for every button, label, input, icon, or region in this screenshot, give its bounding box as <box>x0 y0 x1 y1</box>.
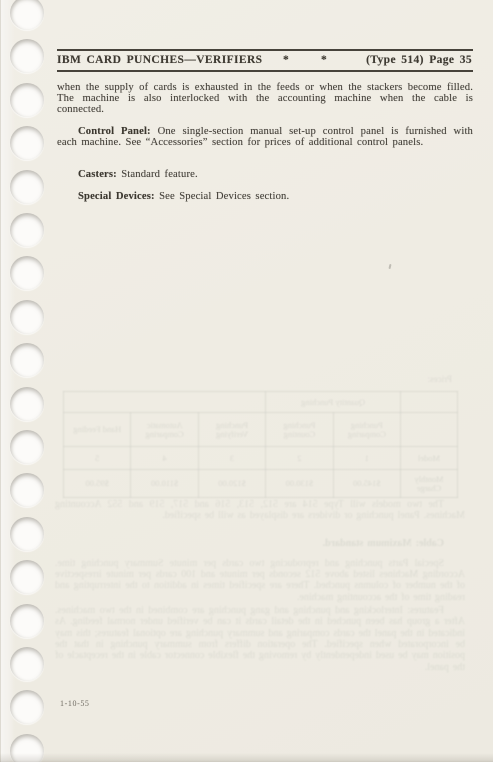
paragraph-interlock: when the supply of cards is exhausted in… <box>57 82 473 116</box>
footer-date-code: 1-10-55 <box>60 699 90 708</box>
special-devices-text: See Special Devices section. <box>159 191 289 202</box>
bleed-span-header: Quantity Punching <box>266 392 401 413</box>
bleed-cell: 5 <box>64 447 131 470</box>
bleed-cell-empty <box>401 413 458 447</box>
header-title: IBM CARD PUNCHES—VERIFIERS <box>57 54 262 66</box>
bleedthrough-table: Quantity Punching Punching Comparing Pun… <box>63 391 458 498</box>
binding-hole <box>10 39 44 73</box>
control-panel-label: Control Panel: <box>78 126 151 137</box>
bleed-row-label: Model <box>401 447 458 470</box>
bleed-col-header: Punching Comparing <box>333 413 400 447</box>
bleed-paragraph: Features: Interlocking and punching and … <box>55 605 465 673</box>
bleed-paragraph: Special Parts punching and reproducing t… <box>55 558 465 603</box>
bleed-cell: 3 <box>198 447 265 470</box>
bleed-cell: 1 <box>333 447 400 470</box>
bleed-cell-empty <box>401 392 458 413</box>
paragraph-control-panel: Control Panel: One single-section manual… <box>57 126 473 148</box>
bleedthrough-paragraphs: The two models will Type 514 are 512, 51… <box>55 499 465 673</box>
binding-hole <box>10 343 44 377</box>
binding-strip <box>0 0 52 762</box>
bleed-heading: Cable: Maximum standard. <box>55 538 465 549</box>
binding-hole <box>10 560 44 594</box>
asterisk-separator-left: * <box>283 54 289 66</box>
binding-hole <box>10 517 44 551</box>
binding-hole <box>10 126 44 160</box>
bleed-col-header: Punching Verifying <box>198 413 265 447</box>
bleed-col-header: Hand Feeding <box>64 413 131 447</box>
bleed-col-header: Punching Counting <box>266 413 333 447</box>
bleed-cell: 4 <box>131 447 198 470</box>
binding-hole <box>10 0 44 30</box>
casters-text: Standard feature. <box>121 169 198 180</box>
bleed-cell-empty <box>64 392 266 413</box>
bleed-col-header: Automatic Comparing <box>131 413 198 447</box>
page-header: IBM CARD PUNCHES—VERIFIERS * * (Type 514… <box>57 49 473 72</box>
page-bottom-edge <box>0 753 493 762</box>
bleedthrough-prices-label: Prices: <box>390 374 452 384</box>
special-devices-label: Special Devices: <box>78 191 155 202</box>
binding-hole <box>10 604 44 638</box>
binding-hole <box>10 387 44 421</box>
binding-hole <box>10 256 44 290</box>
binding-hole <box>10 430 44 464</box>
bleed-cell: $95.00 <box>64 470 131 498</box>
bleed-cell: $145.00 <box>333 470 400 498</box>
binding-hole <box>10 690 44 724</box>
binding-hole <box>10 213 44 247</box>
bleed-cell: $110.00 <box>131 470 198 498</box>
binding-hole <box>10 170 44 204</box>
bleed-row-label: Monthly Charge <box>401 470 458 498</box>
asterisk-separator-right: * <box>321 54 327 66</box>
binding-hole <box>10 473 44 507</box>
paragraph-special-devices: Special Devices: See Special Devices sec… <box>57 191 473 202</box>
binding-hole <box>10 647 44 681</box>
bleed-paragraph: The two models will Type 514 are 512, 51… <box>55 499 465 522</box>
bleed-cell: 2 <box>266 447 333 470</box>
scanned-manual-page: Quantity Punching Punching Comparing Pun… <box>0 0 493 762</box>
binding-hole <box>10 300 44 334</box>
scan-speck <box>388 264 391 269</box>
header-type-page-ref: (Type 514) Page 35 <box>366 54 472 66</box>
bleed-cell: $120.00 <box>198 470 265 498</box>
casters-label: Casters: <box>78 169 117 180</box>
binding-hole <box>10 83 44 117</box>
bleed-cell: $130.00 <box>266 470 333 498</box>
paragraph-casters: Casters: Standard feature. <box>57 169 473 180</box>
